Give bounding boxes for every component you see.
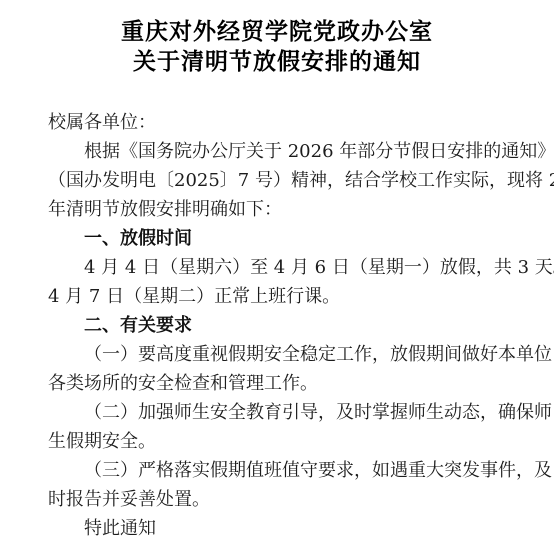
closing-phrase: 特此通知 [48, 514, 512, 543]
section-2-item-1-line-1: （一）要高度重视假期安全稳定工作，放假期间做好本单位 [48, 340, 512, 369]
intro-line-2: （国办发明电〔2025〕7 号）精神，结合学校工作实际，现将 2026 [48, 166, 512, 195]
section-1-line-2: 4 月 7 日（星期二）正常上班行课。 [48, 282, 512, 311]
salutation: 校属各单位： [48, 108, 512, 137]
document-body: 校属各单位： 根据《国务院办公厅关于 2026 年部分节假日安排的通知》 （国办… [0, 108, 554, 543]
intro-line-3: 年清明节放假安排明确如下： [48, 195, 512, 224]
intro-line-1: 根据《国务院办公厅关于 2026 年部分节假日安排的通知》 [48, 137, 512, 166]
section-2-item-3-line-2: 时报告并妥善处置。 [48, 485, 512, 514]
section-2-heading: 二、有关要求 [48, 311, 512, 340]
document-title-line-2: 关于清明节放假安排的通知 [0, 47, 554, 77]
section-1-line-1: 4 月 4 日（星期六）至 4 月 6 日（星期一）放假，共 3 天。 [48, 253, 512, 282]
section-2-item-2-line-2: 生假期安全。 [48, 427, 512, 456]
section-2-item-3-line-1: （三）严格落实假期值班值守要求，如遇重大突发事件，及 [48, 456, 512, 485]
document-title-line-1: 重庆对外经贸学院党政办公室 [0, 17, 554, 47]
notice-document: 重庆对外经贸学院党政办公室 关于清明节放假安排的通知 校属各单位： 根据《国务院… [0, 0, 554, 556]
document-title: 重庆对外经贸学院党政办公室 关于清明节放假安排的通知 [0, 17, 554, 77]
section-2-item-2-line-1: （二）加强师生安全教育引导，及时掌握师生动态，确保师 [48, 398, 512, 427]
section-1-heading: 一、放假时间 [48, 224, 512, 253]
section-2-item-1-line-2: 各类场所的安全检查和管理工作。 [48, 369, 512, 398]
